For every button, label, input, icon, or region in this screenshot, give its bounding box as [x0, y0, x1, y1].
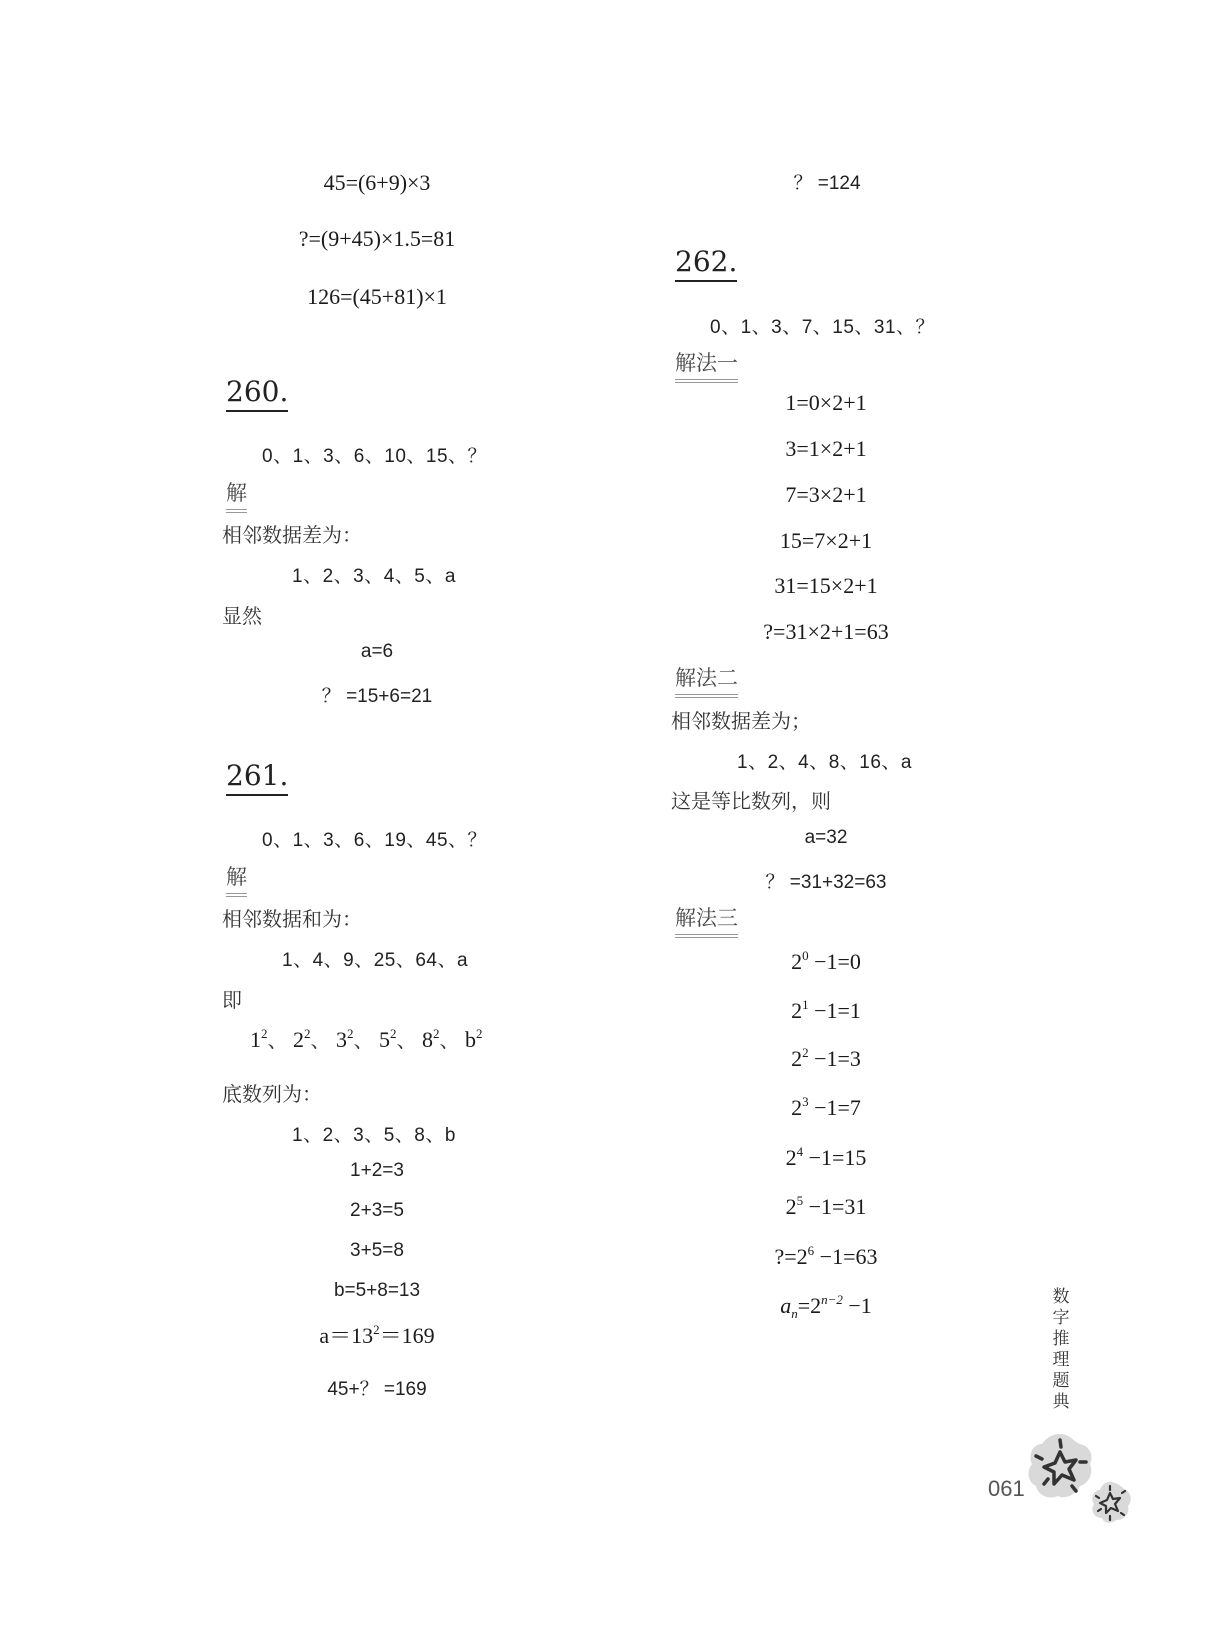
equation-text: −1=7: [809, 1095, 861, 1120]
title-char: 题: [1050, 1371, 1072, 1392]
equation-line: 45=(6+9)×3: [324, 170, 431, 196]
book-title-vertical: 数 字 推 理 题 典: [1050, 1287, 1072, 1413]
equation-line: ?=(9+45)×1.5=81: [299, 226, 456, 252]
equation-text: −1=31: [803, 1194, 866, 1219]
small-star-badge-icon: [1088, 1480, 1132, 1524]
base-sequence: 1、2、3、5、8、b: [292, 1120, 456, 1147]
solution-text: 即: [222, 984, 242, 1013]
power-line: 23 −1=7: [791, 1095, 861, 1121]
solution-intro: 相邻数据差为：: [222, 519, 362, 548]
fib-step: 2+3=5: [350, 1200, 404, 1222]
solution-label: 解: [226, 480, 247, 513]
title-char: 数: [1050, 1287, 1072, 1308]
power-line: 21 −1=1: [791, 998, 861, 1024]
method-three-label: 解法三: [675, 905, 738, 938]
page-number: 061: [988, 1476, 1025, 1502]
difference-sequence: 1、2、4、8、16、a: [737, 747, 912, 774]
fib-step: b=5+8=13: [334, 1280, 420, 1302]
method-three-answer: ?=26 −1=63: [775, 1244, 878, 1270]
equation-text: ?=2: [775, 1244, 808, 1269]
squares-sequence: 12、 22、 32、 52、 82、 b2: [250, 1024, 483, 1053]
equation-text: −1=0: [809, 949, 861, 974]
solution-value: a=32: [805, 827, 848, 849]
problem-sequence: 0、1、3、7、15、31、？: [710, 312, 935, 339]
general-formula: an=2n−2 −1: [780, 1293, 872, 1319]
sum-sequence: 1、4、9、25、64、a: [282, 945, 468, 972]
solution-text: 底数列为：: [222, 1078, 322, 1107]
title-char: 典: [1050, 1392, 1072, 1413]
solution-text: 这是等比数列，则: [671, 785, 831, 814]
problem-sequence: 0、1、3、6、19、45、？: [262, 825, 487, 852]
equation-text: −1=63: [814, 1244, 877, 1269]
equation-text: 126=(45+81)×1: [307, 284, 447, 309]
method-one-line: 7=3×2+1: [785, 482, 866, 508]
formula-term: a: [780, 1293, 791, 1318]
title-char: 理: [1050, 1350, 1072, 1371]
square-base: 5: [379, 1027, 390, 1052]
continued-answer: ？ =124: [793, 168, 860, 195]
method-one-line: 3=1×2+1: [785, 436, 866, 462]
equation-text: −1: [843, 1293, 872, 1318]
solution-intro: 相邻数据和为：: [222, 903, 362, 932]
square-base: 2: [293, 1027, 304, 1052]
method-one-line: 31=15×2+1: [774, 573, 877, 599]
title-char: 字: [1050, 1308, 1072, 1329]
power-line: 22 −1=3: [791, 1046, 861, 1072]
problem-number-260: 260.: [226, 376, 288, 412]
solution-text: 显然: [222, 600, 262, 629]
final-equation: 45+？ =169: [327, 1374, 426, 1401]
equation-text: 45=(6+9)×3: [324, 170, 431, 195]
fib-step: 3+5=8: [350, 1240, 404, 1262]
problem-number-262: 262.: [675, 246, 737, 282]
fib-step: 1+2=3: [350, 1160, 404, 1182]
equation-text: −1=1: [809, 998, 861, 1023]
power-line: 20 −1=0: [791, 949, 861, 975]
solution-answer: ？ =31+32=63: [766, 867, 887, 894]
exponent: n−2: [821, 1292, 843, 1307]
square-base: 8: [422, 1027, 433, 1052]
method-one-line: 15=7×2+1: [780, 528, 872, 554]
equation-text: −1=3: [809, 1046, 861, 1071]
problem-number-261: 261.: [226, 760, 288, 796]
power-line: 25 −1=31: [786, 1194, 867, 1220]
equation-text: a＝13: [319, 1323, 373, 1348]
solution-value: a=6: [361, 641, 393, 663]
problem-sequence: 0、1、3、6、10、15、？: [262, 441, 487, 468]
exponent: 2: [476, 1026, 483, 1041]
method-one-label: 解法一: [675, 350, 738, 383]
method-one-line: 1=0×2+1: [785, 390, 866, 416]
power-line: 24 −1=15: [786, 1145, 867, 1171]
a-calculation: a＝132＝169: [319, 1319, 434, 1350]
equation-text: −1=15: [803, 1145, 866, 1170]
equation-text: ＝169: [380, 1323, 435, 1348]
solution-intro: 相邻数据差为；: [671, 705, 811, 734]
square-base: 1: [250, 1027, 261, 1052]
square-base: b: [465, 1027, 476, 1052]
title-char: 推: [1050, 1329, 1072, 1350]
equation-text: ?=(9+45)×1.5=81: [299, 226, 456, 251]
method-two-label: 解法二: [675, 665, 738, 698]
solution-answer: ？ =15+6=21: [322, 681, 432, 708]
equation-text: =2: [798, 1293, 821, 1318]
square-base: 3: [336, 1027, 347, 1052]
star-badge-icon: [1024, 1430, 1096, 1502]
solution-label: 解: [226, 864, 247, 897]
difference-sequence: 1、2、3、4、5、a: [292, 561, 456, 588]
equation-line: 126=(45+81)×1: [307, 284, 447, 310]
method-one-answer: ?=31×2+1=63: [763, 619, 888, 645]
